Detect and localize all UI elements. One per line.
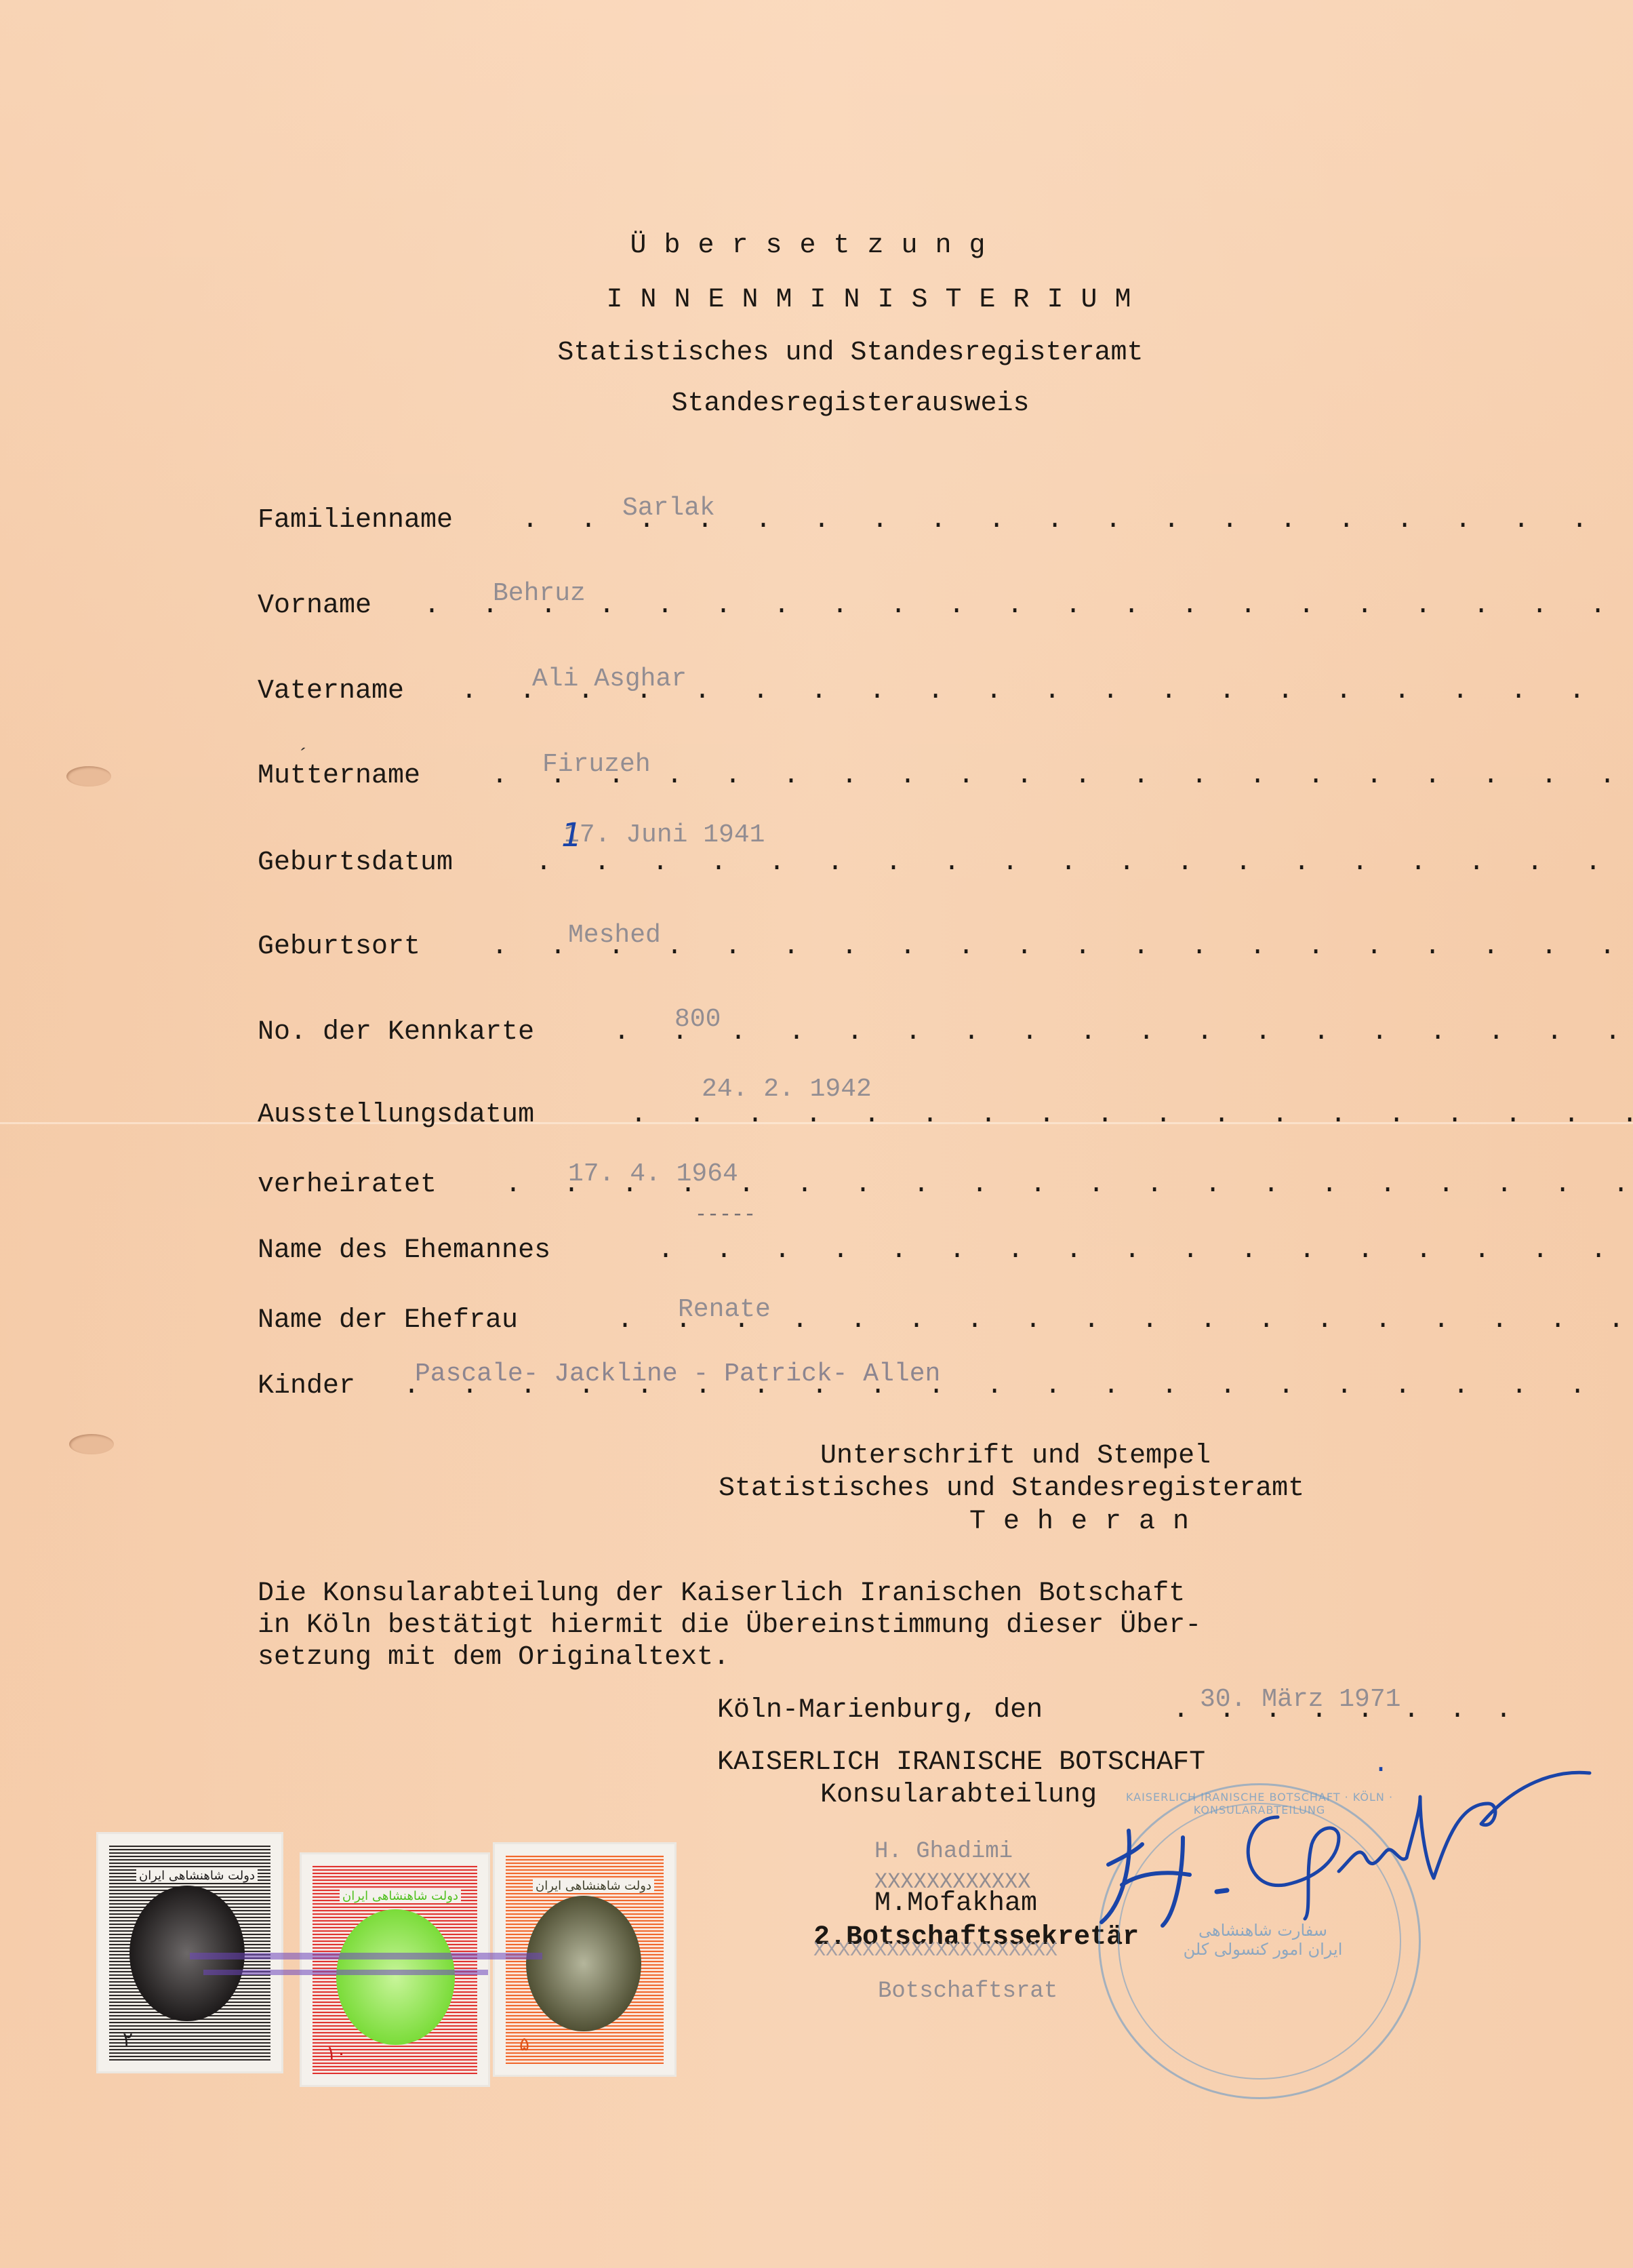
stamp-text: دولت شاهنشاهی ایران (340, 1889, 461, 1903)
stamp-value: ۵ (519, 2033, 529, 2055)
signer-name: M.Mofakham (874, 1888, 1037, 1919)
issuer-city: Teheran (969, 1507, 1207, 1537)
issuer-office: Statistisches und Standesregisteramt (719, 1473, 1304, 1504)
field-label-ausstellungsdatum: Ausstellungsdatum (258, 1100, 534, 1130)
doc-title: Übersetzung (0, 231, 1633, 261)
field-value-ehemann: ----- (695, 1203, 756, 1227)
revenue-stamp-orange: دولت شاهنشاهی ایران ۵ (495, 1844, 674, 2075)
dot-leader: . . . . . . . . . . . . . . . . . . . . … (491, 932, 1633, 962)
signature-mark (1081, 1756, 1596, 1932)
dot-leader: . . . . . . . . . . . . . . . . . . . . … (536, 848, 1633, 878)
field-value-geburtsdatum: 17. Juni 1941 (564, 820, 765, 850)
struck-name: H. Ghadimi (874, 1839, 1013, 1865)
issuer-signature-line: Unterschrift und Stempel (820, 1441, 1211, 1471)
dot-leader: . . . . . . . . . . . . . . . . . . (658, 1235, 1633, 1266)
cancellation-mark (190, 1953, 542, 1959)
stamp-text: دولت شاهنشاهی ایران (136, 1869, 258, 1883)
field-label-familienname: Familienname (258, 505, 453, 536)
field-label-kennkarte: No. der Kennkarte (258, 1017, 534, 1048)
field-value-vorname: Behruz (493, 579, 586, 608)
dot-leader: . . . . . . . . . . . . . . . . . . . . (630, 1100, 1633, 1130)
field-value-verheiratet: 17. 4. 1964 (568, 1159, 738, 1189)
certification-line-1: Die Konsularabteilung der Kaiserlich Ira… (258, 1578, 1185, 1609)
punch-hole-lower (69, 1434, 114, 1454)
dot-leader: . . . . . . . . . . . . . . . . . . . . … (491, 761, 1633, 791)
field-value-kennkarte: 800 (674, 1005, 721, 1034)
stamp-text: دولت شاهنشاهی ایران (533, 1879, 654, 1893)
field-value-ehefrau: Renate (678, 1295, 771, 1324)
dot-leader: . . . . . . . . . . . . . . . . . . . . … (613, 1017, 1633, 1048)
punch-hole-upper (66, 766, 111, 787)
field-value-ausstellungsdatum: 24. 2. 1942 (702, 1075, 872, 1104)
field-label-muttername: Muttername (258, 761, 420, 791)
certification-line-2: in Köln bestätigt hiermit die Übereinsti… (258, 1610, 1201, 1641)
field-label-ehemann: Name des Ehemannes (258, 1235, 550, 1266)
struck-title: Botschaftsrat (878, 1978, 1057, 2004)
field-value-muttername: Firuzeh (542, 750, 651, 779)
ministry-heading: INNENMINISTERIUM (0, 285, 1633, 315)
field-label-vatername: Vatername (258, 676, 404, 707)
field-label-kinder: Kinder (258, 1371, 355, 1401)
field-value-geburtsort: Meshed (568, 921, 661, 950)
stamp-value: ۱۰ (326, 2042, 346, 2064)
certification-line-3: setzung mit dem Originaltext. (258, 1642, 729, 1673)
field-label-ehefrau: Name der Ehefrau (258, 1305, 518, 1336)
certification-date: 30. März 1971 (1200, 1685, 1400, 1714)
field-value-vatername: Ali Asghar (532, 664, 687, 694)
field-label-verheiratet: verheiratet (258, 1170, 437, 1200)
title-strikeout: XXXXXXXXXXXXXXXXXXXX (813, 1939, 1057, 1962)
embassy-department: Konsularabteilung (820, 1780, 1097, 1810)
handwritten-correction: 1 (561, 816, 582, 854)
office-heading: Statistisches und Standesregisteramt (0, 338, 1633, 368)
cancellation-mark (203, 1970, 488, 1975)
place-date-label: Köln-Marienburg, den (717, 1695, 1043, 1726)
document-type-heading: Standesregisterausweis (0, 389, 1633, 419)
field-label-geburtsdatum: Geburtsdatum (258, 848, 453, 878)
stamp-value: ۲ (123, 2028, 133, 2050)
field-label-geburtsort: Geburtsort (258, 932, 420, 962)
field-label-vorname: Vorname (258, 591, 371, 621)
field-value-familienname: Sarlak (622, 494, 715, 523)
field-value-kinder: Pascale- Jackline - Patrick- Allen (415, 1359, 940, 1389)
dot-leader: . . . . . . . . . . . . . . . . . . . . … (424, 591, 1633, 621)
